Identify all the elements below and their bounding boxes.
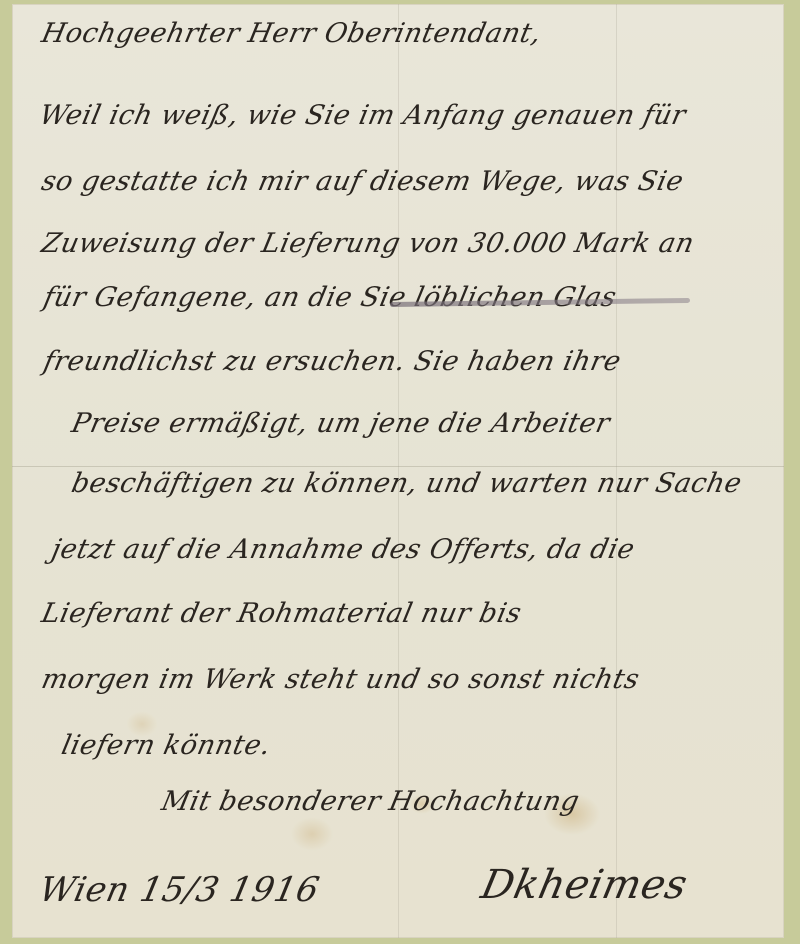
letter-line: Preise ermäßigt, um jene die Arbeiter xyxy=(69,408,613,439)
letter-line: beschäftigen zu können, und warten nur S… xyxy=(69,468,745,499)
closing: Mit besonderer Hochachtung xyxy=(159,786,583,817)
place-date: Wien 15/3 1916 xyxy=(36,870,323,910)
letter-line: Weil ich weiß, wie Sie im Anfang genauen… xyxy=(37,100,689,131)
signature: Dkheimes xyxy=(477,862,691,908)
letter-line: Lieferant der Rohmaterial nur bis xyxy=(39,598,525,629)
letter-line: morgen im Werk steht und so sonst nichts xyxy=(39,664,643,695)
letter-line: jetzt auf die Annahme des Offerts, da di… xyxy=(49,534,638,565)
letter-line: für Gefangene, an die Sie löblichen Glas xyxy=(41,282,620,313)
handwritten-letter: Hochgeehrter Herr Oberintendant, Weil ic… xyxy=(12,4,784,938)
letter-line: Zuweisung der Lieferung von 30.000 Mark … xyxy=(39,228,697,259)
letter-line: liefern könnte. xyxy=(59,730,274,761)
letter-line: so gestatte ich mir auf diesem Wege, was… xyxy=(39,166,687,197)
salutation: Hochgeehrter Herr Oberintendant, xyxy=(39,18,544,49)
letter-line: freundlichst zu ersuchen. Sie haben ihre xyxy=(41,346,624,377)
